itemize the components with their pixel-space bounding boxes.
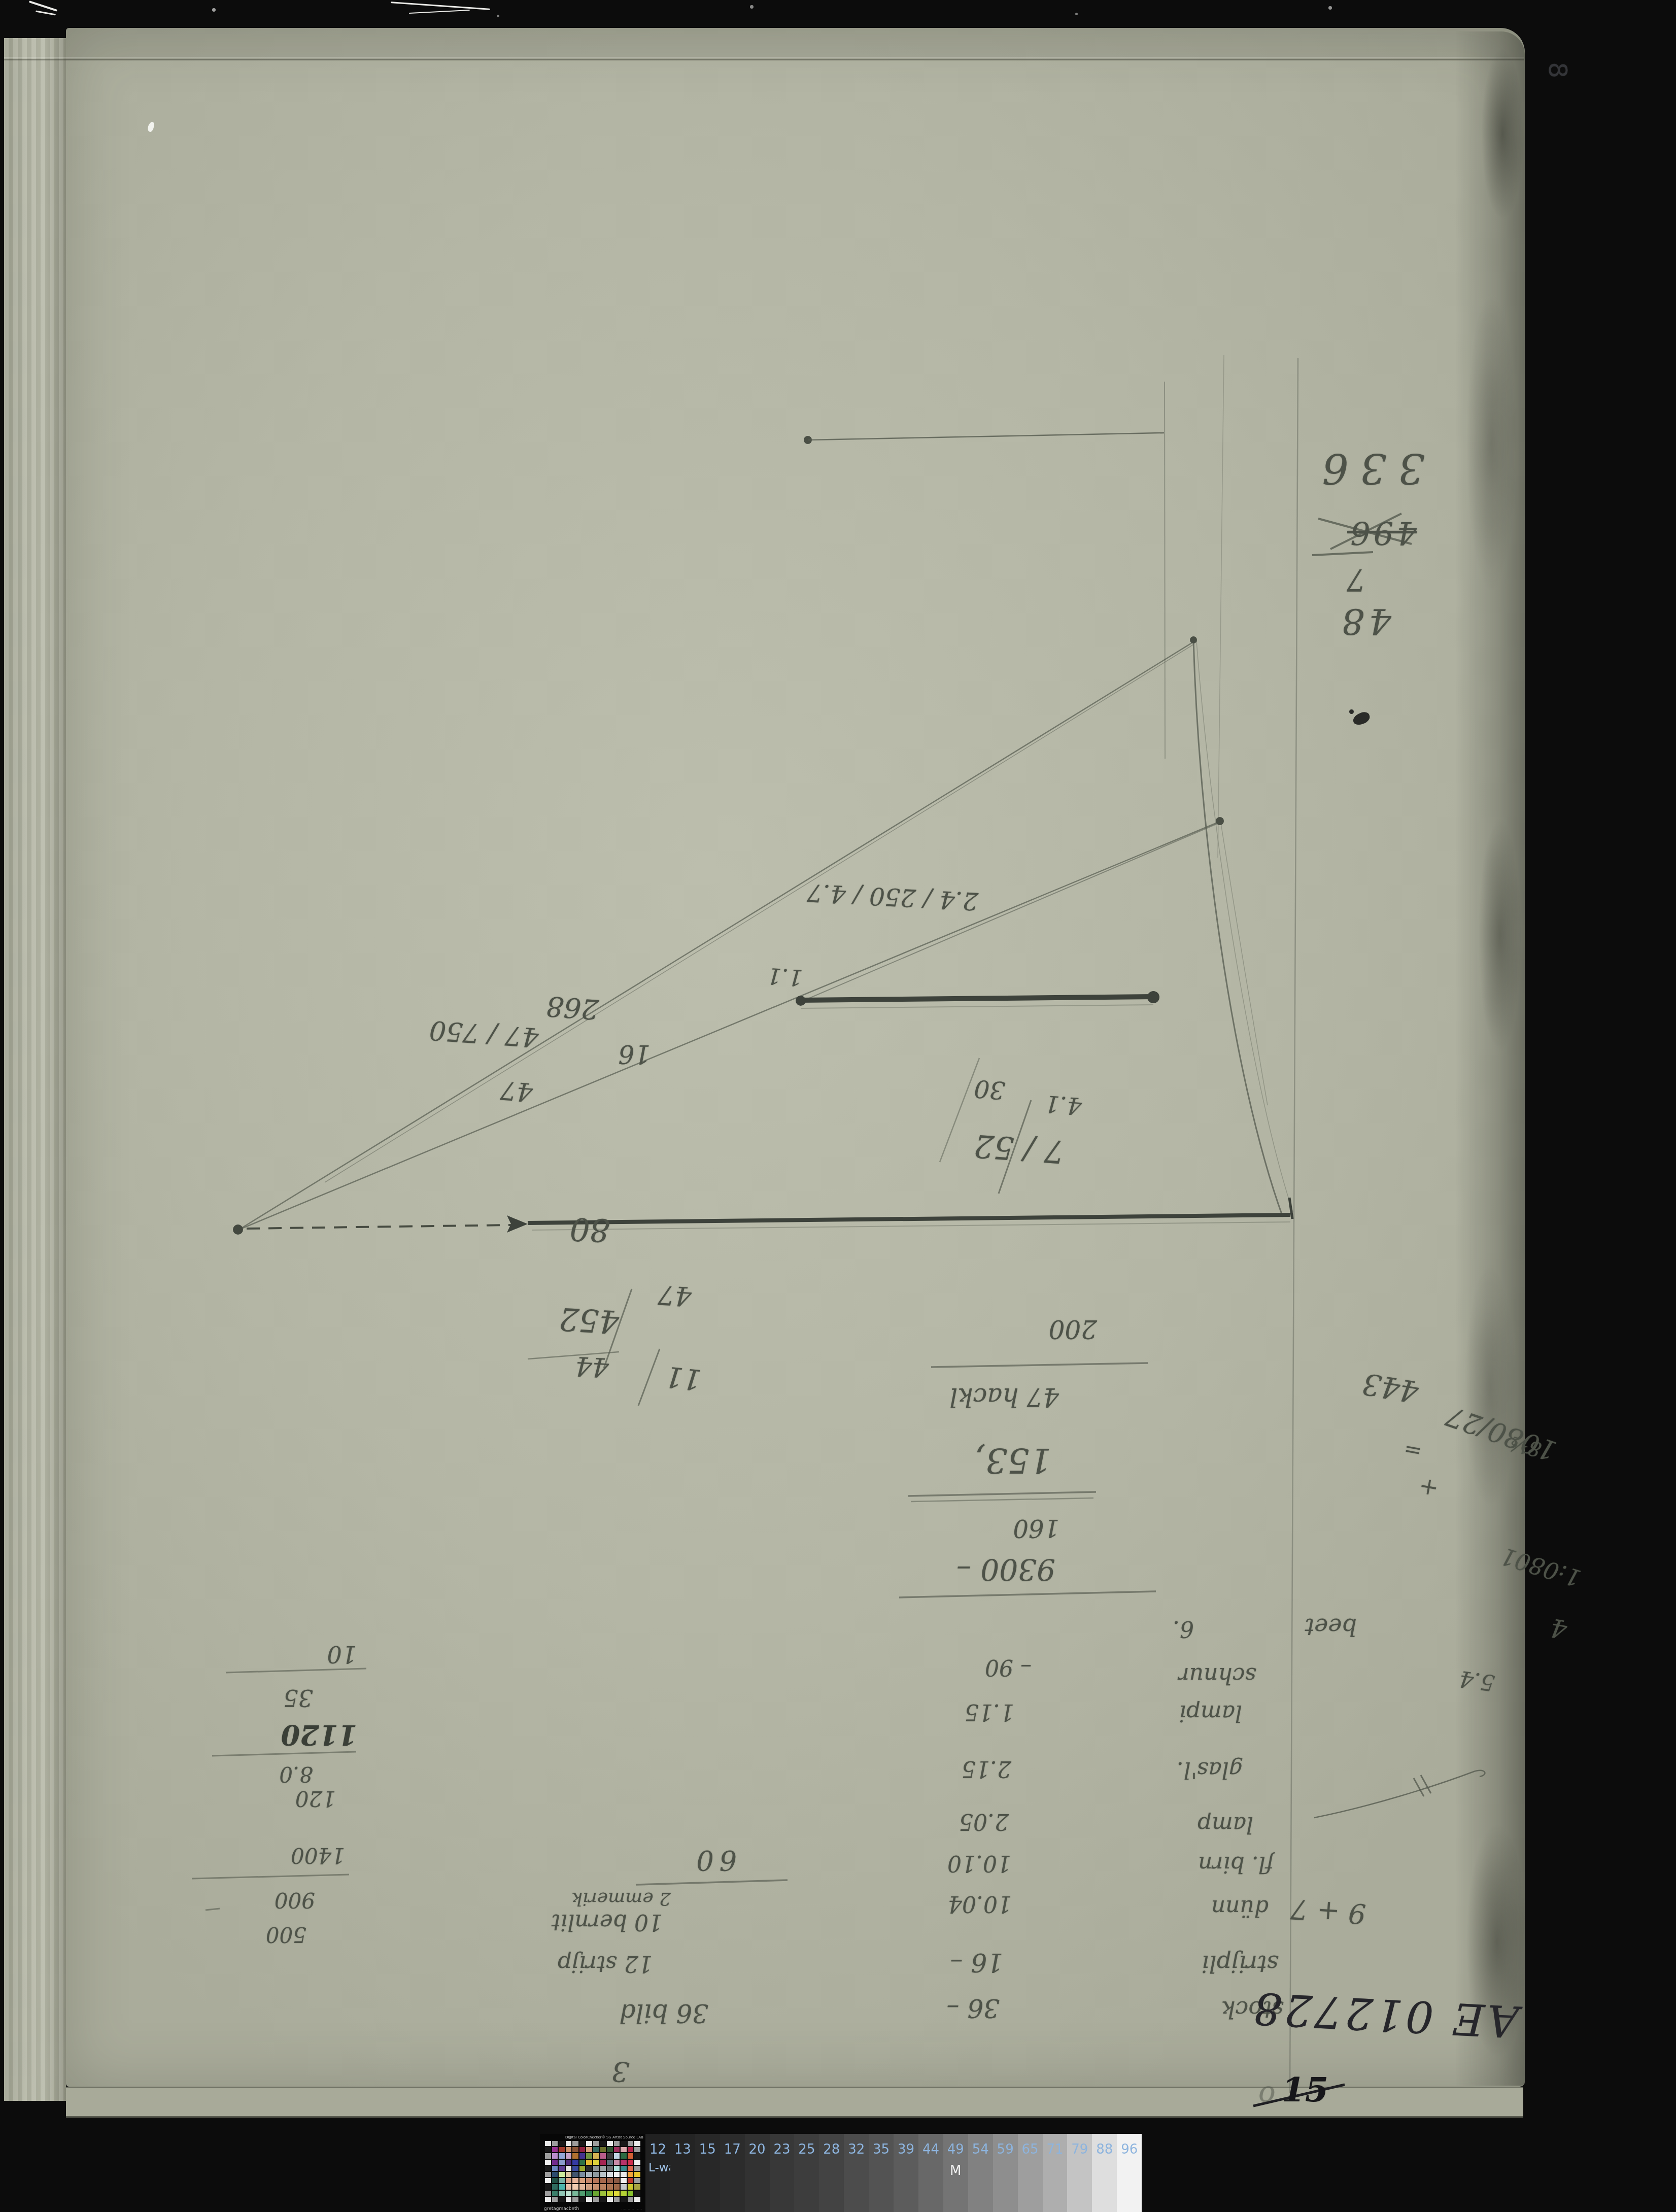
color-patch xyxy=(628,2172,634,2177)
color-patch xyxy=(572,2197,578,2202)
wedge-step: 35 xyxy=(869,2134,894,2212)
color-patch xyxy=(600,2160,606,2165)
color-patch xyxy=(552,2191,558,2196)
margin-note-plus: + xyxy=(1406,1472,1440,1502)
color-patch xyxy=(566,2141,572,2146)
color-patch xyxy=(552,2178,558,2183)
ledger-label: glas'l. xyxy=(1142,1758,1243,1781)
colorchecker-chart: Digital ColorChecker® SG Artist Source L… xyxy=(540,2134,645,2212)
color-patch xyxy=(586,2153,592,2158)
color-patch xyxy=(628,2153,634,2158)
color-patch xyxy=(634,2197,640,2202)
color-patch xyxy=(634,2166,640,2171)
color-patch xyxy=(545,2166,551,2171)
ledger-47-hackl: 47 hackl xyxy=(902,1383,1059,1410)
scan-seam-line xyxy=(4,59,1524,60)
color-patch xyxy=(545,2178,551,2183)
color-patch xyxy=(607,2178,613,2183)
color-patch xyxy=(559,2184,565,2189)
wedge-step: 25 xyxy=(794,2134,819,2212)
color-patch xyxy=(593,2147,599,2152)
color-patch xyxy=(566,2172,572,2177)
ledger-label: lamp xyxy=(1162,1813,1253,1836)
colorchecker-title: Digital ColorChecker® SG Artist Source L… xyxy=(565,2135,643,2139)
colorchecker-fineprint: ················ xyxy=(622,2208,642,2211)
ledger-9300: 9300 – xyxy=(893,1554,1055,1585)
leftcol-item: 1400 xyxy=(228,1844,345,1866)
color-patch xyxy=(572,2172,578,2177)
color-patch xyxy=(614,2141,620,2146)
ledger-value: 16 – xyxy=(909,1949,1003,1976)
color-patch xyxy=(634,2147,640,2152)
color-patch xyxy=(579,2191,586,2196)
book-gutter-edge xyxy=(4,38,66,2101)
color-patch xyxy=(614,2153,620,2158)
color-patch xyxy=(593,2141,599,2146)
color-patch xyxy=(545,2153,551,2158)
wedge-step: 54 xyxy=(968,2134,993,2212)
color-patch xyxy=(572,2147,578,2152)
color-patch xyxy=(614,2178,620,2183)
dust-specks xyxy=(0,0,2,2)
color-patch xyxy=(593,2153,599,2158)
wedge-step: 44 xyxy=(918,2134,943,2212)
color-patch xyxy=(621,2178,627,2183)
color-patch xyxy=(621,2197,627,2202)
color-patch xyxy=(559,2197,565,2202)
scan-scratch xyxy=(391,2,490,10)
color-patch xyxy=(586,2197,592,2202)
leftcol-item: 35 xyxy=(245,1686,313,1710)
sublist-total: 60 xyxy=(666,1845,737,1874)
handwriting-48: 48 xyxy=(1315,602,1391,639)
colorchecker-brand: gretagmacbeth xyxy=(544,2206,579,2211)
wedge-step: 59 xyxy=(993,2134,1018,2212)
color-patch xyxy=(579,2147,586,2152)
margin-note-4: 4 xyxy=(1534,1611,1569,1643)
color-patch xyxy=(559,2153,565,2158)
color-patch xyxy=(600,2197,606,2202)
color-patch xyxy=(621,2153,627,2158)
color-patch xyxy=(593,2197,599,2202)
color-patch xyxy=(628,2191,634,2196)
handwriting-44: 44 xyxy=(558,1350,610,1381)
color-patch xyxy=(628,2147,634,2152)
color-patch xyxy=(566,2184,572,2189)
color-patch xyxy=(566,2153,572,2158)
wedge-step: 96 xyxy=(1117,2134,1142,2212)
leftcol-item: 500 xyxy=(230,1923,306,1946)
color-patch xyxy=(628,2178,634,2183)
color-patch xyxy=(607,2197,613,2202)
color-patch xyxy=(572,2166,578,2171)
handwriting-496-crossed: 496 xyxy=(1315,517,1417,550)
color-patch xyxy=(600,2147,606,2152)
color-patch xyxy=(621,2184,627,2189)
color-patch xyxy=(579,2197,586,2202)
color-patch xyxy=(614,2166,620,2171)
color-patch xyxy=(600,2178,606,2183)
color-patch xyxy=(545,2147,551,2152)
color-patch xyxy=(628,2197,634,2202)
color-patch xyxy=(579,2141,586,2146)
struck-number-15: 15 xyxy=(1282,2072,1343,2107)
color-patch xyxy=(593,2191,599,2196)
ledger-value: 2.05 xyxy=(907,1810,1009,1833)
sublist-item: 2 emmerik xyxy=(544,1889,671,1908)
color-patch xyxy=(552,2172,558,2177)
color-patch xyxy=(566,2191,572,2196)
ledger-value: 6. xyxy=(1146,1617,1194,1640)
color-patch xyxy=(628,2184,634,2189)
color-patch xyxy=(607,2191,613,2196)
margin-note-9plus7: 9 + 7 xyxy=(1299,1895,1367,1928)
handwriting-7: 7 xyxy=(1325,563,1366,595)
color-patch xyxy=(621,2160,627,2165)
color-patch xyxy=(579,2153,586,2158)
color-patch xyxy=(621,2166,627,2171)
color-patch xyxy=(607,2147,613,2152)
ledger-value: 1.15 xyxy=(926,1700,1014,1723)
color-patch xyxy=(545,2197,551,2202)
wedge-step: 88 xyxy=(1092,2134,1117,2212)
sublist-item: 10 bernlit xyxy=(505,1910,663,1933)
color-patch xyxy=(566,2197,572,2202)
ledger-label: beet xyxy=(1225,1615,1357,1639)
handwriting-268: 268 xyxy=(522,990,600,1024)
color-patch xyxy=(566,2178,572,2183)
color-patch xyxy=(600,2172,606,2177)
color-patch xyxy=(614,2197,620,2202)
color-patch xyxy=(572,2191,578,2196)
color-patch xyxy=(634,2191,640,2196)
ledger-value: – 90 xyxy=(973,1655,1032,1679)
wedge-step: 12L-waarde xyxy=(645,2134,670,2212)
handwriting-4-1: 4.1 xyxy=(1025,1090,1082,1118)
color-patch xyxy=(545,2172,551,2177)
scan-scratch xyxy=(36,11,56,16)
color-patch xyxy=(628,2141,634,2146)
scan-scratch xyxy=(29,1,57,12)
color-patch xyxy=(586,2166,592,2171)
color-patch xyxy=(586,2172,592,2177)
wedge-step: 71 xyxy=(1043,2134,1068,2212)
ledger-label: schnur xyxy=(1135,1663,1256,1687)
wedge-step: 17 xyxy=(720,2134,745,2212)
color-patch xyxy=(600,2191,606,2196)
color-patch xyxy=(607,2160,613,2165)
color-patch xyxy=(600,2153,606,2158)
color-patch xyxy=(593,2166,599,2171)
page-top-shade xyxy=(66,28,1525,60)
color-patch xyxy=(634,2153,640,2158)
ledger-label: lampi xyxy=(1146,1701,1242,1724)
handwriting-47-denominator: 47 xyxy=(476,1075,533,1105)
wedge-step: 39 xyxy=(894,2134,918,2212)
color-patch xyxy=(566,2166,572,2171)
color-patch xyxy=(593,2172,599,2177)
color-patch xyxy=(552,2166,558,2171)
color-patch xyxy=(579,2172,586,2177)
page-stamp-8: 8 xyxy=(1545,62,1571,92)
sublist-item: 36 bild xyxy=(561,1999,708,2026)
color-patch xyxy=(593,2160,599,2165)
color-patch xyxy=(545,2184,551,2189)
wedge-step: 20 xyxy=(745,2134,770,2212)
color-patch xyxy=(628,2160,634,2165)
color-patch xyxy=(559,2141,565,2146)
ledger-value: 10.04 xyxy=(895,1892,1012,1915)
leftcol-item: 120 xyxy=(245,1787,336,1810)
ledger-value: 2.15 xyxy=(922,1757,1011,1780)
color-patch xyxy=(559,2160,565,2165)
leftcol-item: 10 xyxy=(314,1642,357,1666)
leftcol-item: 8.0 xyxy=(247,1763,313,1785)
wedge-step: 49M xyxy=(943,2134,968,2212)
ledger-153: 153, xyxy=(960,1442,1051,1478)
color-patch xyxy=(579,2166,586,2171)
color-patch xyxy=(559,2191,565,2196)
color-patch xyxy=(607,2184,613,2189)
color-patch xyxy=(614,2147,620,2152)
color-patch xyxy=(600,2166,606,2171)
color-patch xyxy=(559,2178,565,2183)
color-patch xyxy=(634,2178,640,2183)
color-patch xyxy=(559,2166,565,2171)
color-patch xyxy=(552,2141,558,2146)
color-patch xyxy=(607,2153,613,2158)
color-patch xyxy=(566,2147,572,2152)
graphite-smudge-band xyxy=(1455,31,1525,2086)
color-patch xyxy=(545,2191,551,2196)
color-patch xyxy=(552,2160,558,2165)
color-patch xyxy=(586,2184,592,2189)
wedge-step: 13 xyxy=(670,2134,695,2212)
color-patch xyxy=(634,2141,640,2146)
color-patch xyxy=(572,2153,578,2158)
handwriting-1-1: 1.1 xyxy=(756,963,803,989)
color-patch xyxy=(634,2160,640,2165)
color-patch xyxy=(607,2166,613,2171)
handwriting-47-top: 47 xyxy=(643,1280,693,1310)
color-patch xyxy=(621,2172,627,2177)
color-patch xyxy=(621,2191,627,2196)
color-patch xyxy=(614,2184,620,2189)
color-patch xyxy=(572,2141,578,2146)
ledger-value: 10.10 xyxy=(897,1851,1011,1875)
color-patch xyxy=(552,2153,558,2158)
color-patch xyxy=(552,2197,558,2202)
color-patch xyxy=(634,2172,640,2177)
wedge-step: 32 xyxy=(844,2134,869,2212)
ledger-label: strijpli xyxy=(1132,1952,1279,1976)
calibration-strip: Digital ColorChecker® SG Artist Source L… xyxy=(540,2134,1142,2212)
wedge-step: 79 xyxy=(1067,2134,1092,2212)
leftcol-item: 1120 xyxy=(241,1720,357,1749)
color-patch xyxy=(552,2184,558,2189)
leftcol-item: 900 xyxy=(231,1889,315,1911)
handwriting-11: 11 xyxy=(654,1359,703,1394)
color-patch xyxy=(572,2160,578,2165)
color-patch xyxy=(593,2184,599,2189)
color-patch xyxy=(586,2147,592,2152)
gray-wedge: 12L-waarde131517202325283235394449M54596… xyxy=(645,2134,1142,2212)
scan-scratch xyxy=(409,10,470,14)
scan-seam-glare xyxy=(4,57,1524,58)
sublist-item: 12 strijp xyxy=(541,1952,653,1975)
color-patch xyxy=(559,2172,565,2177)
wedge-step: 23 xyxy=(770,2134,795,2212)
handwriting-30: 30 xyxy=(956,1074,1006,1103)
color-patch xyxy=(593,2178,599,2183)
color-patch xyxy=(634,2184,640,2189)
handwriting-336: 336 xyxy=(1318,446,1425,489)
color-patch xyxy=(614,2172,620,2177)
color-patch xyxy=(566,2160,572,2165)
ledger-200: 200 xyxy=(1006,1315,1097,1342)
handwriting-452: 452 xyxy=(529,1301,620,1338)
color-patch xyxy=(607,2172,613,2177)
color-patch xyxy=(559,2147,565,2152)
color-patch xyxy=(621,2141,627,2146)
color-patch xyxy=(545,2160,551,2165)
color-patch xyxy=(579,2178,586,2183)
color-patch xyxy=(621,2147,627,2152)
color-patch xyxy=(607,2141,613,2146)
color-patch xyxy=(600,2141,606,2146)
handwriting-80: 80 xyxy=(549,1212,610,1247)
handwriting-16: 16 xyxy=(605,1040,651,1067)
pencil-page-number: 3 xyxy=(598,2055,630,2086)
color-patch xyxy=(600,2184,606,2189)
wedge-step: 65 xyxy=(1018,2134,1043,2212)
ledger-160: 160 xyxy=(988,1515,1059,1541)
ledger-label: fl. birn xyxy=(1157,1852,1274,1876)
ledger-label: dünn xyxy=(1167,1896,1269,1919)
color-patch xyxy=(572,2184,578,2189)
color-patch xyxy=(545,2141,551,2146)
color-patch xyxy=(614,2191,620,2196)
ledger-value: 36 – xyxy=(903,1994,1000,2021)
color-patch xyxy=(579,2160,586,2165)
wedge-step: 15 xyxy=(695,2134,720,2212)
color-patch xyxy=(586,2141,592,2146)
color-patch xyxy=(579,2184,586,2189)
scanned-notebook-page: { "scan": { "page_stamp": "8", "pencil_p… xyxy=(0,0,1676,2212)
color-patch xyxy=(586,2160,592,2165)
wedge-step: 28 xyxy=(819,2134,844,2212)
color-patch xyxy=(614,2160,620,2165)
ink-blot-dot xyxy=(1349,709,1354,714)
color-patch xyxy=(572,2178,578,2183)
colorchecker-grid xyxy=(545,2141,640,2202)
color-patch xyxy=(552,2147,558,2152)
color-patch xyxy=(586,2178,592,2183)
color-patch xyxy=(628,2166,634,2171)
color-patch xyxy=(586,2191,592,2196)
